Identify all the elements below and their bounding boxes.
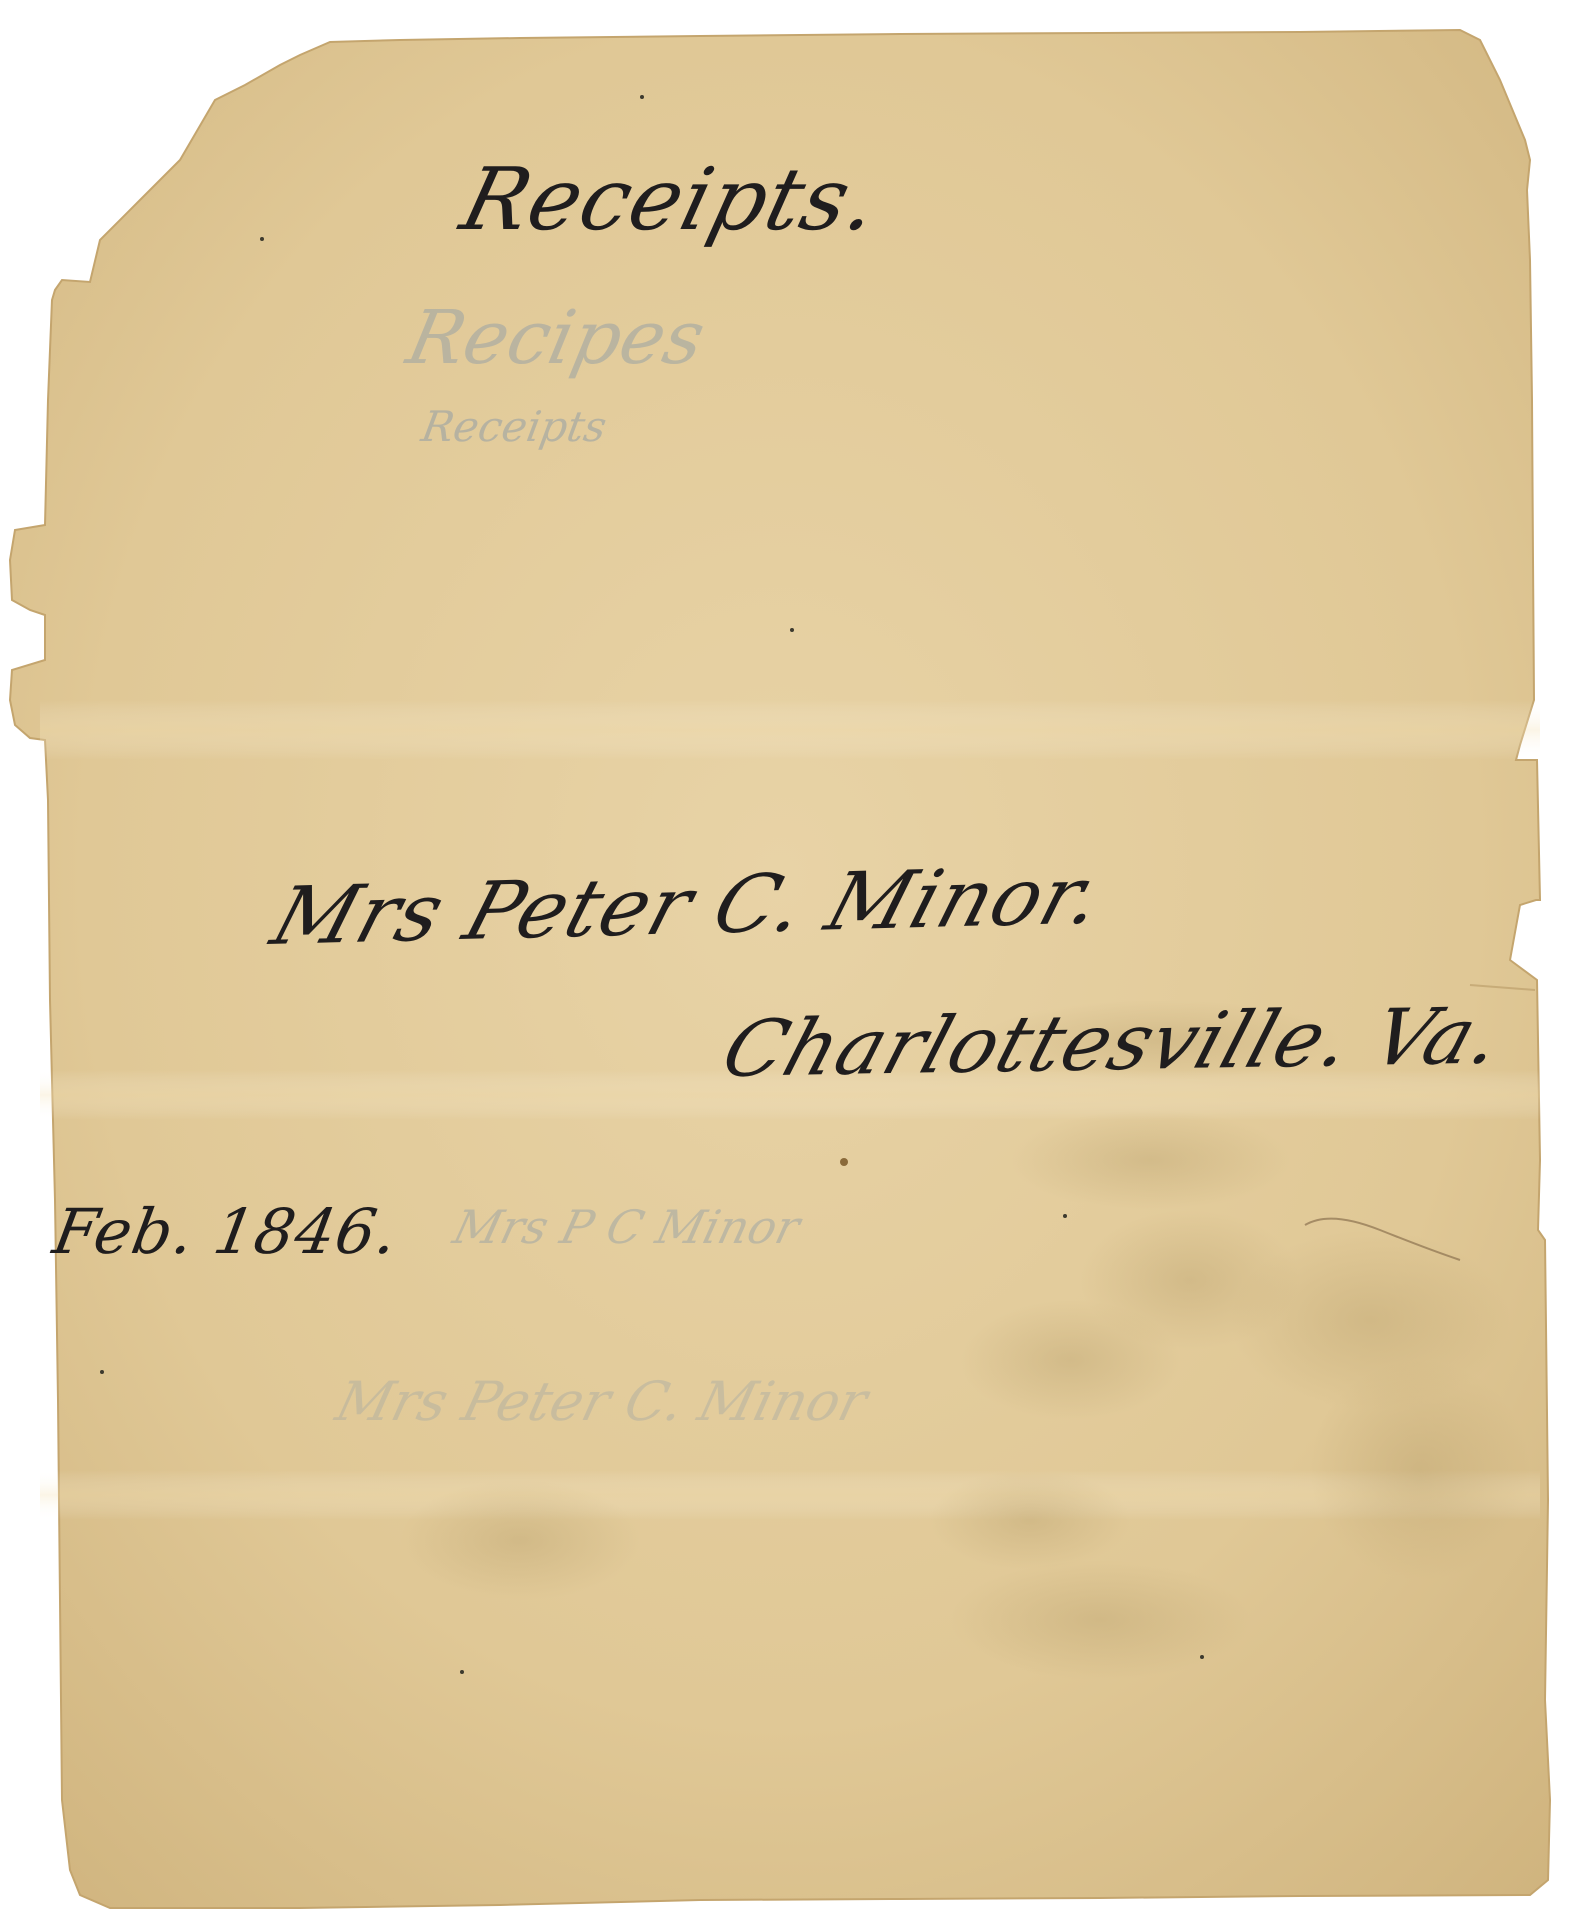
ink-speck <box>1063 1214 1067 1218</box>
ink-speck <box>460 1670 464 1674</box>
ink-speck <box>260 237 264 241</box>
ink-speck <box>790 628 794 632</box>
ink-speck <box>840 1158 848 1166</box>
owner-place: Charlottesville. Va. <box>712 992 1514 1095</box>
title-receipts-ink: Receipts. <box>452 150 889 250</box>
ink-speck <box>1200 1655 1204 1659</box>
pencil-signature: Mrs P C Minor <box>448 1200 805 1254</box>
title-recipes-pencil: Recipes <box>400 295 712 381</box>
date: Feb. 1846. <box>48 1195 404 1268</box>
aged-paper-sheet <box>0 0 1577 1920</box>
scanned-page: Receipts. Recipes Receipts Mrs Peter C. … <box>0 0 1577 1920</box>
ink-speck <box>640 95 644 99</box>
pencil-signature-faint: Mrs Peter C. Minor <box>330 1370 874 1433</box>
ink-speck <box>100 1370 104 1374</box>
title-receipts-pencil: Receipts <box>418 402 610 451</box>
